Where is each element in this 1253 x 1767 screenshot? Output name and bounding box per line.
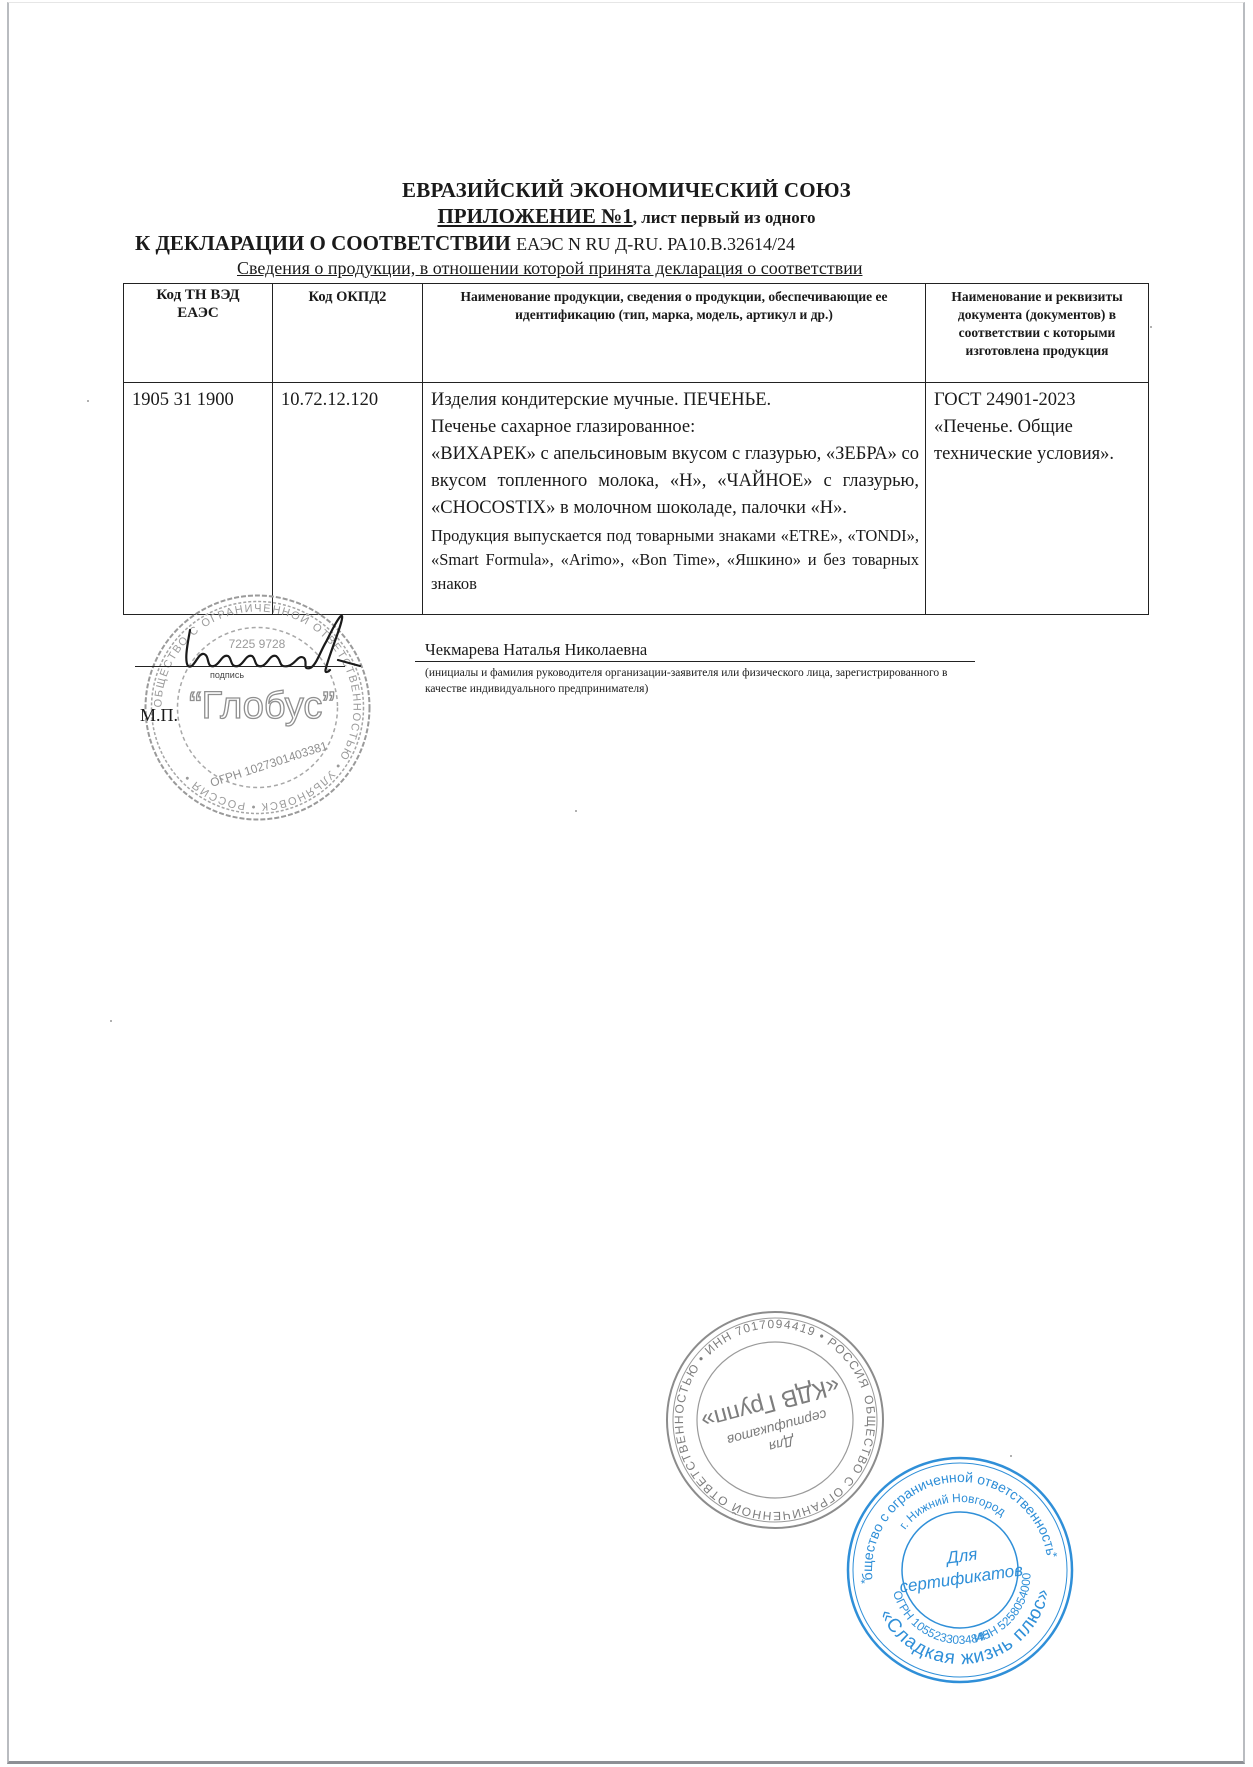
scan-speck (87, 400, 89, 402)
signer-caption: (инициалы и фамилия руководителя организ… (425, 665, 985, 697)
handwritten-signature (170, 612, 370, 682)
table-subtitle: Сведения о продукции, в отношении которо… (237, 258, 862, 279)
cell-document: ГОСТ 24901-2023 «Печенье. Общие техничес… (926, 383, 1149, 615)
signer-name-line (415, 661, 975, 662)
product-line: Изделия кондитерские мучные. ПЕЧЕНЬЕ. (431, 387, 919, 414)
table-row: 1905 31 1900 10.72.12.120 Изделия кондит… (124, 383, 1149, 615)
seal-placeholder-label: М.П. (140, 705, 178, 726)
signature-line (135, 666, 345, 667)
scan-speck (575, 810, 577, 812)
union-title: ЕВРАЗИЙСКИЙ ЭКОНОМИЧЕСКИЙ СОЮЗ (0, 178, 1253, 203)
appendix-title: ПРИЛОЖЕНИЕ №1, лист первый из одного (0, 204, 1253, 229)
signer-name: Чекмарева Наталья Николаевна (425, 640, 647, 660)
col-header-tn-ved: Код ТН ВЭД ЕАЭС (124, 284, 273, 383)
cell-product: Изделия кондитерские мучные. ПЕЧЕНЬЕ. Пе… (423, 383, 926, 615)
sladkaya-zhizn-stamp: Общество с ограниченной ответственностью… (840, 1450, 1080, 1690)
svg-text:ОГРН 1027301403381: ОГРН 1027301403381 (208, 738, 329, 789)
col-header-document: Наименование и реквизиты документа (доку… (926, 284, 1149, 383)
product-line: Печенье сахарное глазированное: (431, 414, 919, 441)
declaration-title: К ДЕКЛАРАЦИИ О СООТВЕТСТВИИ ЕАЭС N RU Д-… (135, 231, 795, 256)
declaration-label: К ДЕКЛАРАЦИИ О СООТВЕТСТВИИ (135, 231, 511, 255)
appendix-rest: , лист первый из одного (633, 208, 816, 227)
scan-speck (110, 1020, 112, 1022)
table-header-row: Код ТН ВЭД ЕАЭС Код ОКПД2 Наименование п… (124, 284, 1149, 383)
scan-speck (1150, 326, 1152, 328)
appendix-label: ПРИЛОЖЕНИЕ №1 (437, 204, 632, 228)
cell-okpd2: 10.72.12.120 (273, 383, 423, 615)
signature-label: подпись (210, 670, 244, 680)
product-brands: Продукция выпускается под товарными знак… (431, 524, 919, 596)
col-header-product: Наименование продукции, сведения о проду… (423, 284, 926, 383)
col-header-okpd2: Код ОКПД2 (273, 284, 423, 383)
product-line: «ВИХАРЕК» с апельсиновым вкусом с глазур… (431, 441, 919, 522)
svg-text:Для: Для (944, 1545, 979, 1568)
product-table: Код ТН ВЭД ЕАЭС Код ОКПД2 Наименование п… (123, 283, 1149, 615)
svg-text:“Глобус”: “Глобус” (189, 685, 335, 727)
cell-tn-ved: 1905 31 1900 (124, 383, 273, 615)
declaration-number: ЕАЭС N RU Д-RU. РА10.В.32614/24 (516, 234, 795, 254)
scan-speck (1010, 1455, 1012, 1457)
